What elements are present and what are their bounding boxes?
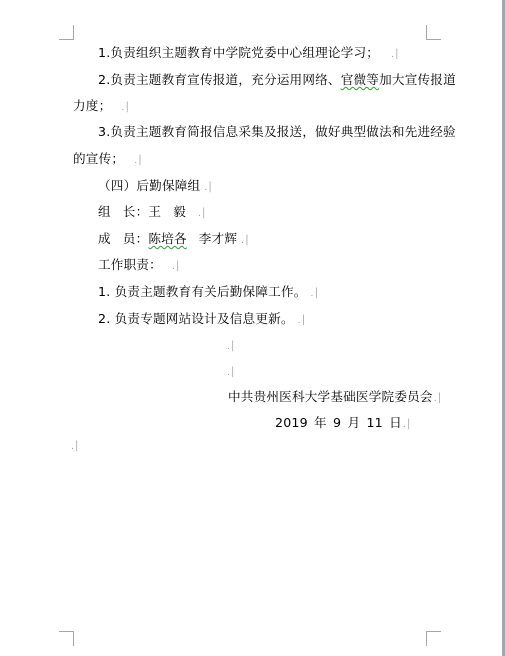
- paragraph-mark-icon: [172, 262, 181, 272]
- section-4-heading: （四）后勤保障组: [98, 178, 200, 193]
- signature-date[interactable]: 2019 年 9 月 11 日: [275, 415, 412, 433]
- duty-3-continuation: 的宣传；: [73, 151, 124, 166]
- leader-label: 组: [98, 204, 111, 219]
- member-name-2: 李才辉: [199, 231, 237, 246]
- paragraph-mark-icon: [198, 209, 207, 219]
- empty-paragraph[interactable]: [226, 337, 236, 355]
- date-text: 2019 年 9 月 11 日: [275, 415, 402, 430]
- leader-name-surname: 王: [148, 204, 161, 219]
- duty-2-text-part1: 2.负责主题教育宣传报道，充分运用网络、: [98, 72, 341, 87]
- logistics-duty-2: 2. 负责专题网站设计及信息更新。: [98, 311, 294, 326]
- section-heading[interactable]: （四）后勤保障组: [98, 178, 213, 196]
- leader-name-given: 毅: [173, 204, 186, 219]
- crop-mark-bottom-left: [59, 631, 74, 646]
- paragraph-members[interactable]: 成员：陈培各李才辉: [98, 231, 250, 249]
- duty-2-text-part2: 加大宣传报道: [379, 72, 456, 87]
- organization-name: 中共贵州医科大学基础医学院委员会: [228, 389, 433, 404]
- paragraph-duty-2-continuation[interactable]: 力度；: [73, 98, 130, 116]
- members-label: 成: [98, 231, 111, 246]
- paragraph-mark-icon: [241, 236, 250, 246]
- paragraph-mark-icon: [298, 316, 307, 326]
- paragraph-duty-3[interactable]: 3.负责主题教育简报信息采集及报送，做好典型做法和先进经验: [98, 124, 456, 140]
- paragraph-mark-icon: [227, 368, 236, 378]
- crop-mark-top-left: [59, 25, 74, 40]
- paragraph-mark-icon: [121, 103, 130, 113]
- paragraph-mark-icon: [71, 442, 80, 452]
- paragraph-duty-2[interactable]: 2.负责主题教育宣传报道，充分运用网络、官微等加大宣传报道: [98, 72, 456, 88]
- paragraph-mark-icon: [204, 183, 213, 193]
- paragraph-mark-icon: [403, 420, 412, 430]
- duty-2-continuation: 力度；: [73, 98, 111, 113]
- paragraph-duty-3-continuation[interactable]: 的宣传；: [73, 151, 143, 169]
- paragraph-mark-icon: [134, 156, 143, 166]
- paragraph-mark-icon: [227, 342, 236, 352]
- crop-mark-bottom-right: [426, 631, 441, 646]
- paragraph-mark-icon: [391, 50, 400, 60]
- duty-3-text: 3.负责主题教育简报信息采集及报送，做好典型做法和先进经验: [98, 124, 456, 139]
- duties-label: 工作职责：: [98, 257, 162, 272]
- paragraph-mark-icon: [311, 289, 320, 299]
- paragraph-duties-label[interactable]: 工作职责：: [98, 257, 181, 275]
- member-name-1[interactable]: 陈培各: [148, 231, 186, 246]
- signature-organization[interactable]: 中共贵州医科大学基础医学院委员会: [228, 389, 442, 407]
- logistics-duty-1: 1. 负责主题教育有关后勤保障工作。: [98, 284, 307, 299]
- leader-label-suffix: 长：: [123, 204, 149, 219]
- grammar-flagged-text[interactable]: 官微等: [341, 72, 379, 87]
- paragraph-leader[interactable]: 组长：王毅: [98, 204, 207, 222]
- paragraph-mark-icon: [434, 394, 443, 404]
- paragraph-duty-1[interactable]: 1.负责组织主题教育中学院党委中心组理论学习；: [98, 45, 400, 63]
- empty-paragraph[interactable]: [226, 363, 236, 381]
- crop-mark-top-right: [426, 25, 441, 40]
- document-page[interactable]: 1.负责组织主题教育中学院党委中心组理论学习； 2.负责主题教育宣传报道，充分运…: [0, 0, 502, 656]
- paragraph-logistics-duty-2[interactable]: 2. 负责专题网站设计及信息更新。: [98, 311, 306, 329]
- paragraph-logistics-duty-1[interactable]: 1. 负责主题教育有关后勤保障工作。: [98, 284, 319, 302]
- duty-1-text: 1.负责组织主题教育中学院党委中心组理论学习；: [98, 45, 379, 60]
- empty-paragraph[interactable]: [70, 437, 80, 455]
- members-label-suffix: 员：: [123, 231, 149, 246]
